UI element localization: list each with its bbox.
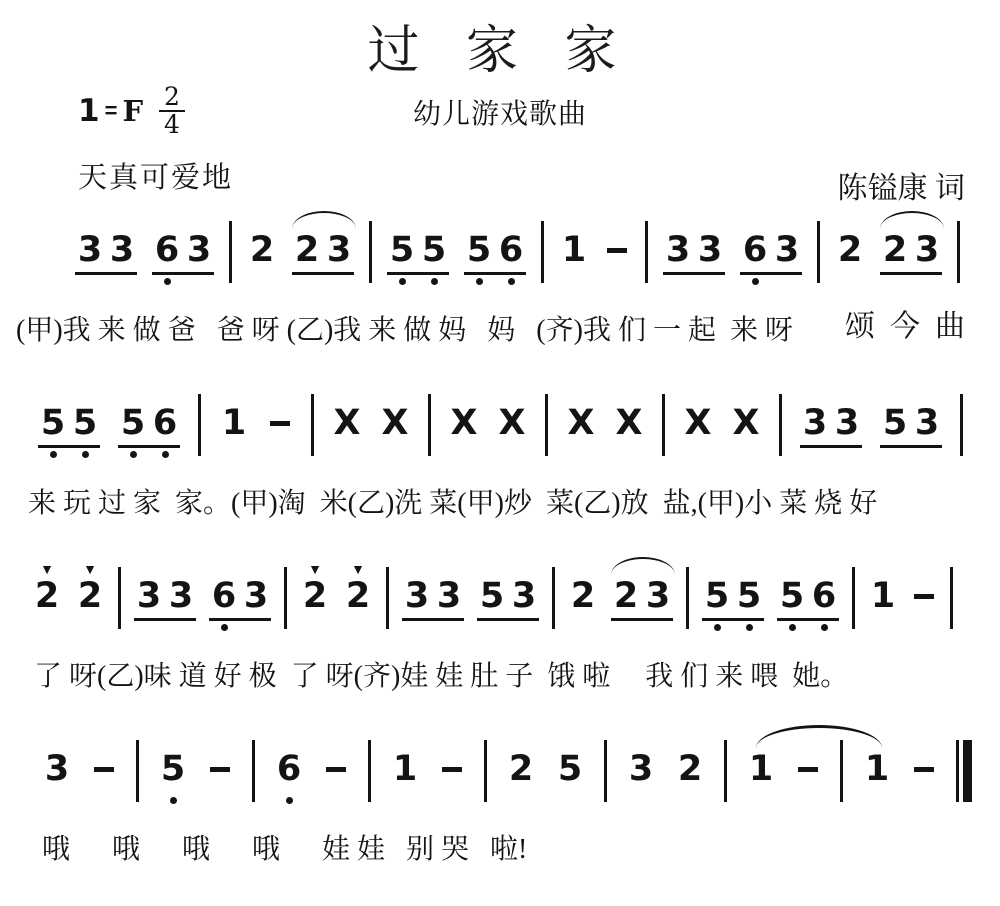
dash: [207, 723, 233, 794]
sheet-music-page: 过 家 家 1 = F 2 4 幼儿游戏歌曲 陈镒康 词 颂 今 曲 天真可爱地…: [0, 0, 1000, 906]
octave-dot-cell: [420, 278, 448, 285]
note-number: X: [567, 403, 595, 443]
beam-numbers: 53: [880, 403, 942, 443]
octave-dot-cell: [151, 451, 179, 458]
dash-top-zone: [439, 723, 465, 749]
beam-group: 63: [152, 204, 214, 288]
dash: [91, 723, 117, 794]
beam-top-zone: [611, 550, 673, 576]
note-number: 3: [664, 230, 692, 270]
note-top-zone: ▼: [75, 550, 105, 576]
beam-group: 33: [402, 550, 464, 634]
note-number: 3: [135, 576, 163, 616]
note-top-zone: [683, 377, 713, 403]
octave-dot-cell: [465, 278, 493, 285]
dash: [323, 723, 349, 794]
tempo-marking: 天真可爱地: [78, 155, 233, 196]
beam-numbers: 63: [152, 230, 214, 270]
beam-top-zone: [740, 204, 802, 230]
octave-dot-row: [32, 621, 62, 634]
dash-zone: [207, 749, 233, 789]
barline: [118, 567, 121, 629]
note: 2: [835, 204, 865, 288]
beam-numbers: 53: [477, 576, 539, 616]
note-number: 5: [71, 403, 99, 443]
barline: [198, 394, 201, 456]
note-under-zone: [626, 794, 656, 807]
note-number: 1: [220, 403, 248, 443]
note-number: 1: [391, 749, 419, 789]
note-top-zone: [626, 723, 656, 749]
octave-dot: [130, 451, 137, 458]
beam-top-zone: [777, 550, 839, 576]
beam-numbers: 33: [663, 230, 725, 270]
note-number: 1: [863, 749, 891, 789]
music-row: 3363223555613363223: [0, 204, 1000, 288]
barline: [724, 740, 727, 802]
note-under-zone: [559, 275, 589, 288]
note-number: 1: [560, 230, 588, 270]
note: 1: [862, 723, 892, 807]
note-under-zone: [449, 448, 479, 461]
note-under-zone: [614, 448, 644, 461]
note-under-zone: [332, 448, 362, 461]
beam-group: 56: [118, 377, 180, 461]
beam-numbers: 56: [464, 230, 526, 270]
note-number: X: [450, 403, 478, 443]
note: X: [731, 377, 761, 461]
note-top-zone: [559, 204, 589, 230]
octave-dot: [399, 278, 406, 285]
octave-dot-row: [862, 794, 892, 807]
note-number: 5: [556, 749, 584, 789]
octave-dot-row: [75, 275, 137, 288]
note: X: [683, 377, 713, 461]
octave-dot-row: [880, 275, 942, 288]
score-line: ▼2▼23363▼2▼2335322355561了 呀(乙)味 道 好 极 了 …: [0, 550, 1000, 694]
beam-top-zone: [702, 550, 764, 576]
dash-bar: [607, 248, 627, 253]
final-thick-line: [963, 740, 972, 802]
dash-bar: [94, 767, 114, 772]
octave-dot-cell: [275, 797, 303, 804]
dash: [911, 723, 937, 794]
beam-group: 33: [663, 204, 725, 288]
octave-dot-cell: [741, 278, 769, 285]
beam-numbers: 23: [880, 230, 942, 270]
dash-top-zone: [91, 723, 117, 749]
note-top-zone: ▼: [300, 550, 330, 576]
dash-top-zone: [911, 723, 937, 749]
octave-dot-cell: [71, 451, 99, 458]
beam-top-zone: [75, 204, 137, 230]
beam-top-zone: [800, 377, 862, 403]
barline: [284, 567, 287, 629]
octave-dot-row: [42, 794, 72, 807]
music-row: 3561253211: [0, 723, 1000, 807]
note-under-zone: [343, 621, 373, 634]
tie-group: 11: [746, 723, 892, 807]
note-number: 3: [167, 576, 195, 616]
octave-dot-row: [118, 448, 180, 461]
note-under-zone: [731, 448, 761, 461]
note: X: [566, 377, 596, 461]
octave-dot-row: [683, 448, 713, 461]
octave-dot-row: [702, 621, 764, 634]
note-number: 3: [185, 230, 213, 270]
note-number: X: [615, 403, 643, 443]
slur-arc: [880, 211, 944, 229]
beam-group: 63: [209, 550, 271, 634]
note: ▼2: [75, 550, 105, 634]
dash-bar: [798, 767, 818, 772]
dash-zone: [604, 230, 630, 270]
note-top-zone: [568, 550, 598, 576]
note: 3: [626, 723, 656, 807]
barline: [545, 394, 548, 456]
octave-dot-cell: [210, 624, 238, 631]
octave-dot: [82, 451, 89, 458]
note-top-zone: [835, 204, 865, 230]
octave-dot: [821, 624, 828, 631]
note: 5: [158, 723, 188, 807]
dash-bar: [210, 767, 230, 772]
note-top-zone: [247, 204, 277, 230]
barline: [541, 221, 544, 283]
octave-dot-row: [274, 794, 304, 807]
note-number: X: [498, 403, 526, 443]
note: ▼2: [343, 550, 373, 634]
beam-numbers: 33: [134, 576, 196, 616]
beam-numbers: 56: [777, 576, 839, 616]
dash-zone: [267, 403, 293, 443]
octave-dot-row: [390, 794, 420, 807]
barline: [368, 740, 371, 802]
barline: [662, 394, 665, 456]
lyrics-line: 来 玩 过 家 家。(甲)淘 米(乙)洗 菜(甲)炒 菜(乙)放 盐,(甲)小 …: [0, 481, 1000, 521]
dash-top-zone: [795, 723, 821, 749]
note-number: 5: [39, 403, 67, 443]
dash-zone: [911, 576, 937, 616]
barline: [817, 221, 820, 283]
dash-top-zone: [267, 377, 293, 403]
beam-group: 23: [611, 550, 673, 634]
note-number: 2: [344, 576, 372, 616]
slur-arc: [611, 557, 675, 575]
note-top-zone: [274, 723, 304, 749]
octave-dot-row: [300, 621, 330, 634]
note-number: 3: [833, 403, 861, 443]
lyrics-line: (甲)我 来 做 爸 爸 呀 (乙)我 来 做 妈 妈 (齐)我 们 一 起 来…: [0, 308, 1000, 348]
dash: [795, 723, 821, 794]
octave-dot-cell: [735, 624, 763, 631]
final-thin-line: [956, 740, 959, 802]
barline: [311, 394, 314, 456]
note-top-zone: [158, 723, 188, 749]
beam-top-zone: [880, 204, 942, 230]
lyrics-line: 哦 哦 哦 哦 娃 娃 别 哭 啦!: [0, 827, 1000, 867]
note: 2: [247, 204, 277, 288]
note-top-zone: [862, 723, 892, 749]
barline: [552, 567, 555, 629]
dash-top-zone: [604, 204, 630, 230]
barline: [604, 740, 607, 802]
note-under-zone: [555, 794, 585, 807]
octave-dot-row: [506, 794, 536, 807]
note: 2: [675, 723, 705, 807]
note: 3: [42, 723, 72, 807]
octave-dot-row: [152, 275, 214, 288]
octave-dot-row: [559, 275, 589, 288]
final-barline: [956, 740, 972, 802]
note-under-zone: [835, 275, 865, 288]
note-top-zone: [449, 377, 479, 403]
note-number: 1: [747, 749, 775, 789]
octave-dot-cell: [388, 278, 416, 285]
octave-dot-cell: [703, 624, 731, 631]
note: 6: [274, 723, 304, 807]
barline: [386, 567, 389, 629]
beam-group: 56: [777, 550, 839, 634]
note-number: 3: [76, 230, 104, 270]
note-under-zone: [506, 794, 536, 807]
octave-dot-row: [835, 275, 865, 288]
beam-top-zone: [38, 377, 100, 403]
dash-zone: [323, 749, 349, 789]
octave-dot-row: [134, 621, 196, 634]
note-top-zone: [42, 723, 72, 749]
note-number: 2: [612, 576, 640, 616]
note-number: 2: [76, 576, 104, 616]
accent-mark: ▼: [308, 562, 322, 576]
barline: [950, 567, 953, 629]
octave-dot: [50, 451, 57, 458]
beam-group: 53: [477, 550, 539, 634]
dash-bar: [914, 767, 934, 772]
beam-group: 53: [880, 377, 942, 461]
note-under-zone: [862, 794, 892, 807]
octave-dot: [431, 278, 438, 285]
note-number: 2: [301, 576, 329, 616]
beam-top-zone: [118, 377, 180, 403]
octave-dot-row: [449, 448, 479, 461]
octave-dot-row: [75, 621, 105, 634]
note-number: 6: [497, 230, 525, 270]
barline: [369, 221, 372, 283]
octave-dot-cell: [119, 451, 147, 458]
note-top-zone: [380, 377, 410, 403]
octave-dot-cell: [778, 624, 806, 631]
octave-dot: [286, 797, 293, 804]
octave-dot-row: [740, 275, 802, 288]
note: 1: [746, 723, 776, 807]
beam-group: 33: [134, 550, 196, 634]
barline: [136, 740, 139, 802]
octave-dot-row: [731, 448, 761, 461]
note-under-zone: [300, 621, 330, 634]
octave-dot-row: [566, 448, 596, 461]
note-number: 5: [735, 576, 763, 616]
note-number: X: [381, 403, 409, 443]
note-number: 6: [275, 749, 303, 789]
score-line: 3561253211哦 哦 哦 哦 娃 娃 别 哭 啦!: [0, 723, 1000, 867]
accent-mark: ▼: [40, 562, 54, 576]
note-number: 2: [569, 576, 597, 616]
octave-dot-row: [332, 448, 362, 461]
note: ▼2: [32, 550, 62, 634]
beam-numbers: 63: [740, 230, 802, 270]
note-under-zone: [247, 275, 277, 288]
octave-dot-row: [868, 621, 898, 634]
note-number: 3: [403, 576, 431, 616]
note-number: 3: [510, 576, 538, 616]
barline: [840, 740, 843, 802]
note-top-zone: [390, 723, 420, 749]
beam-numbers: 23: [292, 230, 354, 270]
music-row: ▼2▼23363▼2▼2335322355561: [0, 550, 1000, 634]
note-number: X: [684, 403, 712, 443]
note-under-zone: [274, 794, 304, 807]
note-number: 3: [696, 230, 724, 270]
octave-dot-row: [880, 448, 942, 461]
beam-group: 33: [800, 377, 862, 461]
accent-mark: ▼: [351, 562, 365, 576]
note: X: [614, 377, 644, 461]
note-number: 2: [248, 230, 276, 270]
note-under-zone: [390, 794, 420, 807]
note-number: 2: [836, 230, 864, 270]
dash-bar: [914, 594, 934, 599]
note: X: [380, 377, 410, 461]
slur-arc: [292, 211, 356, 229]
octave-dot: [508, 278, 515, 285]
dash-zone: [439, 749, 465, 789]
note-number: 5: [703, 576, 731, 616]
note-number: 5: [881, 403, 909, 443]
beam-group: 55: [38, 377, 100, 461]
note-number: 3: [43, 749, 71, 789]
note-under-zone: [683, 448, 713, 461]
beam-group: 23: [292, 204, 354, 288]
note-top-zone: [731, 377, 761, 403]
dash-zone: [795, 749, 821, 789]
note-top-zone: ▼: [343, 550, 373, 576]
note-number: 6: [153, 230, 181, 270]
barline: [428, 394, 431, 456]
octave-dot-cell: [159, 797, 187, 804]
note-number: 6: [810, 576, 838, 616]
dash-top-zone: [911, 550, 937, 576]
barline: [229, 221, 232, 283]
octave-dot-row: [387, 275, 449, 288]
octave-dot: [752, 278, 759, 285]
note-number: 3: [435, 576, 463, 616]
note-number: 3: [801, 403, 829, 443]
octave-dot-row: [209, 621, 271, 634]
note-number: 5: [465, 230, 493, 270]
note-number: 5: [159, 749, 187, 789]
note-top-zone: ▼: [32, 550, 62, 576]
note: 1: [390, 723, 420, 807]
octave-dot-row: [663, 275, 725, 288]
octave-dot: [170, 797, 177, 804]
note-under-zone: [380, 448, 410, 461]
note-number: 5: [778, 576, 806, 616]
note: 2: [568, 550, 598, 634]
note: 5: [555, 723, 585, 807]
note-under-zone: [42, 794, 72, 807]
score-line: 3363223555613363223(甲)我 来 做 爸 爸 呀 (乙)我 来…: [0, 204, 1000, 348]
beam-top-zone: [880, 377, 942, 403]
octave-dot-row: [380, 448, 410, 461]
note-number: 5: [420, 230, 448, 270]
barline: [645, 221, 648, 283]
beam-numbers: 63: [209, 576, 271, 616]
octave-dot-row: [800, 448, 862, 461]
note-top-zone: [219, 377, 249, 403]
octave-dot-row: [292, 275, 354, 288]
note-top-zone: [566, 377, 596, 403]
dash-zone: [91, 749, 117, 789]
octave-dot-cell: [153, 278, 181, 285]
note-under-zone: [746, 794, 776, 807]
note-top-zone: [332, 377, 362, 403]
note-number: 2: [507, 749, 535, 789]
octave-dot-row: [568, 621, 598, 634]
beam-top-zone: [209, 550, 271, 576]
lyrics-line: 了 呀(乙)味 道 好 极 了 呀(齐)娃 娃 肚 子 饿 啦 我 们 来 喂 …: [0, 654, 1000, 694]
note-number: 1: [869, 576, 897, 616]
note-number: 3: [913, 230, 941, 270]
octave-dot-row: [626, 794, 656, 807]
dash-bar: [442, 767, 462, 772]
note: 1: [559, 204, 589, 288]
note-under-zone: [158, 794, 188, 807]
dash-top-zone: [207, 723, 233, 749]
beam-top-zone: [387, 204, 449, 230]
beam-numbers: 33: [800, 403, 862, 443]
octave-dot-row: [555, 794, 585, 807]
beam-numbers: 55: [702, 576, 764, 616]
note-number: 6: [151, 403, 179, 443]
note-number: 2: [881, 230, 909, 270]
note-number: 6: [741, 230, 769, 270]
octave-dot: [746, 624, 753, 631]
dash: [267, 377, 293, 448]
beam-group: 33: [75, 204, 137, 288]
note: 1: [219, 377, 249, 461]
beam-group: 55: [387, 204, 449, 288]
song-title: 过 家 家: [0, 8, 1000, 83]
note-top-zone: [506, 723, 536, 749]
note-top-zone: [555, 723, 585, 749]
note-under-zone: [75, 621, 105, 634]
dash-top-zone: [323, 723, 349, 749]
barline: [957, 221, 960, 283]
note-number: 3: [773, 230, 801, 270]
octave-dot-row: [497, 448, 527, 461]
beam-numbers: 33: [75, 230, 137, 270]
barline: [252, 740, 255, 802]
accent-mark: ▼: [83, 562, 97, 576]
barline: [960, 394, 963, 456]
beam-top-zone: [477, 550, 539, 576]
note-under-zone: [497, 448, 527, 461]
note-number: 3: [325, 230, 353, 270]
octave-dot-cell: [39, 451, 67, 458]
beam-top-zone: [663, 204, 725, 230]
note: X: [497, 377, 527, 461]
